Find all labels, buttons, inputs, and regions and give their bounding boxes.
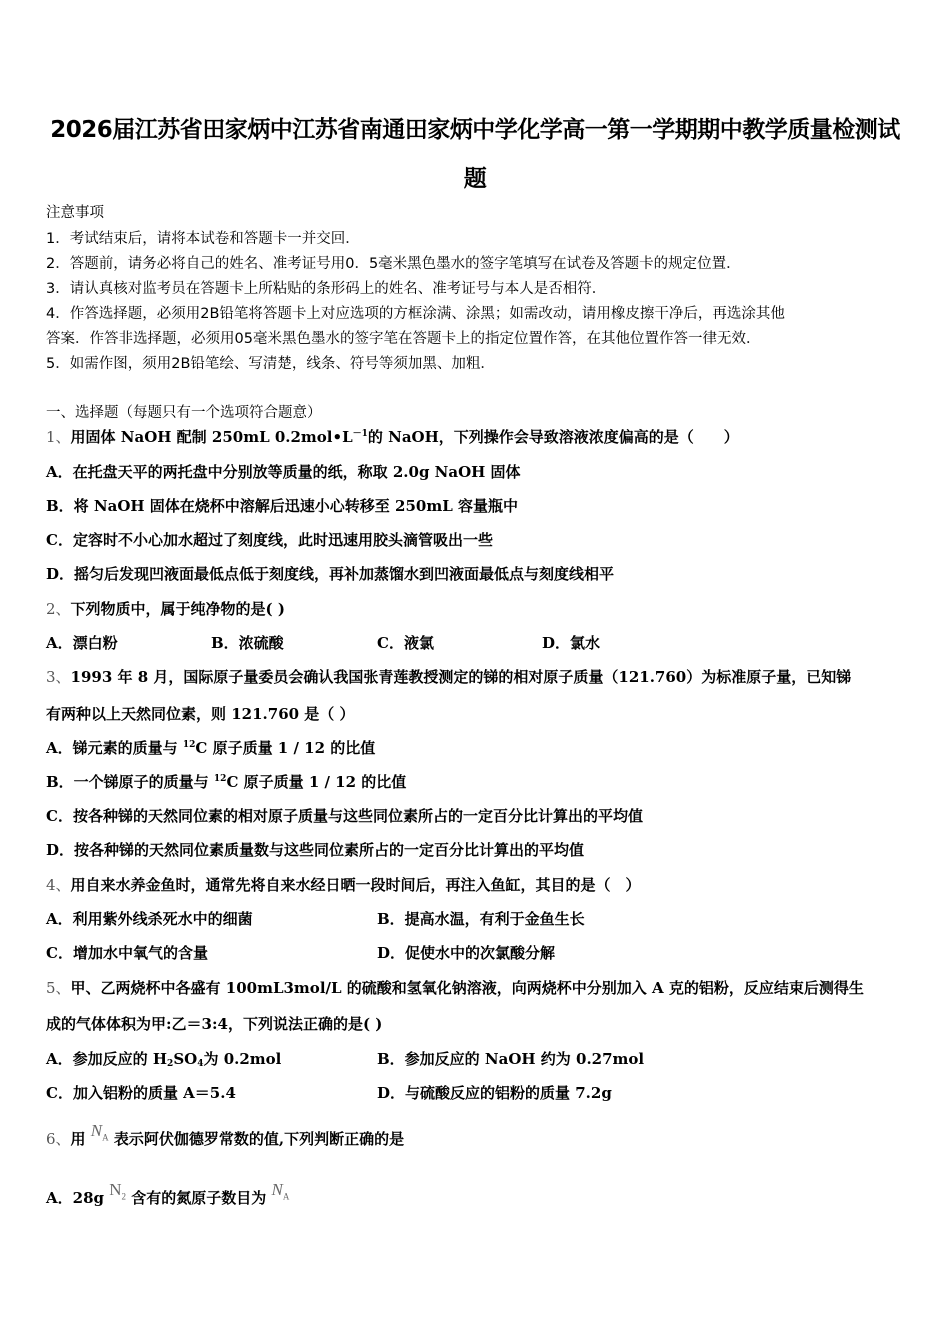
option-b: B．提高水温，有利于金鱼生长 [377,908,585,929]
option-text: A．参加反应的 H [46,1050,167,1068]
option-b: B．一个锑原子的质量与 12C 原子质量 1 / 12 的比值 [46,771,406,792]
stem-text: 下列物质中，属于纯净物的是( ) [71,600,285,618]
notice-item: 5．如需作图，须用2B铅笔绘、写清楚，线条、符号等须加黑、加粗． [46,352,495,373]
option-b: B．参加反应的 NaOH 约为 0.27mol [377,1048,644,1069]
option-text: A．28g [46,1189,104,1207]
option-a: A．参加反应的 H2SO4为 0.2mol [46,1048,281,1069]
stem-text: 的 NaOH，下列操作会导致溶液浓度偏高的是（ ） [368,428,739,446]
avogadro-symbol: NA [91,1121,109,1140]
option-text: SO [173,1050,197,1068]
notice-item: 1．考试结束后，请将本试卷和答题卡一并交回． [46,227,360,248]
option-text: C 原子质量 1 / 12 的比值 [226,773,406,791]
superscript: 12 [214,774,227,784]
notice-item: 2．答题前，请务必将自己的姓名、准考证号用0．5毫米黑色墨水的签字笔填写在试卷及… [46,252,741,273]
stem-text: 甲、乙两烧杯中各盛有 100mL3mol/L 的硫酸和氢氧化钠溶液，向两烧杯中分… [71,979,864,997]
question-number: 5、 [46,979,71,997]
stem-text: 表示阿伏伽德罗常数的值,下列判断正确的是 [114,1130,404,1148]
question-number: 3、 [46,668,71,686]
stem-text: 用固体 NaOH 配制 250mL 0.2mol•L [71,428,353,446]
title-line-2: 题 [40,160,910,193]
section-heading: 一、选择题（每题只有一个选项符合题意） [46,401,322,422]
superscript: －1 [353,429,368,439]
option-b: B．浓硫酸 [211,632,284,653]
option-a: A．28g N2 含有的氮原子数目为 NA [46,1187,289,1209]
stem-text: 1993 年 8 月，国际原子量委员会确认我国张青莲教授测定的锑的相对原子质量（… [71,668,852,686]
title-line-1: 2026届江苏省田家炳中江苏省南通田家炳中学化学高一第一学期期中教学质量检测试 [40,111,910,144]
stem-text: 用自来水养金鱼时，通常先将自来水经日晒一段时间后，再注入鱼缸，其目的是（ ） [71,876,641,894]
option-a: A．锑元素的质量与 12C 原子质量 1 / 12 的比值 [46,737,375,758]
option-text: 为 0.2mol [203,1050,281,1068]
option-c: C．加入铝粉的质量 A＝5.4 [46,1082,236,1103]
option-a: A．在托盘天平的两托盘中分别放等质量的纸，称取 2.0g NaOH 固体 [46,461,521,482]
superscript: 12 [183,740,196,750]
notice-item: 4．作答选择题，必须用2B铅笔将答题卡上对应选项的方框涂满、涂黑；如需改动，请用… [46,302,785,323]
option-d: D．促使水中的次氯酸分解 [377,942,555,963]
question-stem: 6、用 NA 表示阿伏伽德罗常数的值,下列判断正确的是 [46,1128,404,1150]
question-number: 6、 [46,1130,71,1148]
avogadro-symbol: NA [272,1180,290,1199]
option-text: C 原子质量 1 / 12 的比值 [195,739,375,757]
question-stem-cont: 成的气体体积为甲:乙＝3:4，下列说法正确的是( ) [46,1013,382,1034]
nitrogen-formula: N2 [109,1180,126,1199]
question-stem: 4、用自来水养金鱼时，通常先将自来水经日晒一段时间后，再注入鱼缸，其目的是（ ） [46,874,641,895]
option-d: D．摇匀后发现凹液面最低点低于刻度线，再补加蒸馏水到凹液面最低点与刻度线相平 [46,563,614,584]
question-number: 2、 [46,600,71,618]
question-stem: 2、下列物质中，属于纯净物的是( ) [46,598,285,619]
question-number: 1、 [46,428,71,446]
option-a: A．利用紫外线杀死水中的细菌 [46,908,253,929]
notice-heading: 注意事项 [46,201,104,222]
option-text: B．一个锑原子的质量与 [46,773,214,791]
stem-text: 用 [71,1130,86,1148]
option-b: B．将 NaOH 固体在烧杯中溶解后迅速小心转移至 250mL 容量瓶中 [46,495,518,516]
option-c: C．液氯 [377,632,434,653]
question-stem: 3、1993 年 8 月，国际原子量委员会确认我国张青莲教授测定的锑的相对原子质… [46,666,851,687]
option-text: A．锑元素的质量与 [46,739,183,757]
question-stem: 5、甲、乙两烧杯中各盛有 100mL3mol/L 的硫酸和氢氧化钠溶液，向两烧杯… [46,977,864,998]
option-d: D．按各种锑的天然同位素质量数与这些同位素所占的一定百分比计算出的平均值 [46,839,584,860]
question-number: 4、 [46,876,71,894]
question-stem-cont: 有两种以上天然同位素，则 121.760 是（ ） [46,703,355,724]
notice-item: 答案．作答非选择题，必须用05毫米黑色墨水的签字笔在答题卡上的指定位置作答，在其… [46,327,760,348]
option-d: D．氯水 [542,632,600,653]
option-c: C．增加水中氧气的含量 [46,942,208,963]
notice-item: 3．请认真核对监考员在答题卡上所粘贴的条形码上的姓名、准考证号与本人是否相符． [46,277,606,298]
option-d: D．与硫酸反应的铝粉的质量 7.2g [377,1082,612,1103]
question-stem: 1、用固体 NaOH 配制 250mL 0.2mol•L－1的 NaOH，下列操… [46,426,739,447]
option-c: C．按各种锑的天然同位素的相对原子质量与这些同位素所占的一定百分比计算出的平均值 [46,805,643,826]
option-text: 含有的氮原子数目为 [131,1189,266,1207]
option-a: A．漂白粉 [46,632,118,653]
option-c: C．定容时不小心加水超过了刻度线，此时迅速用胶头滴管吸出一些 [46,529,493,550]
